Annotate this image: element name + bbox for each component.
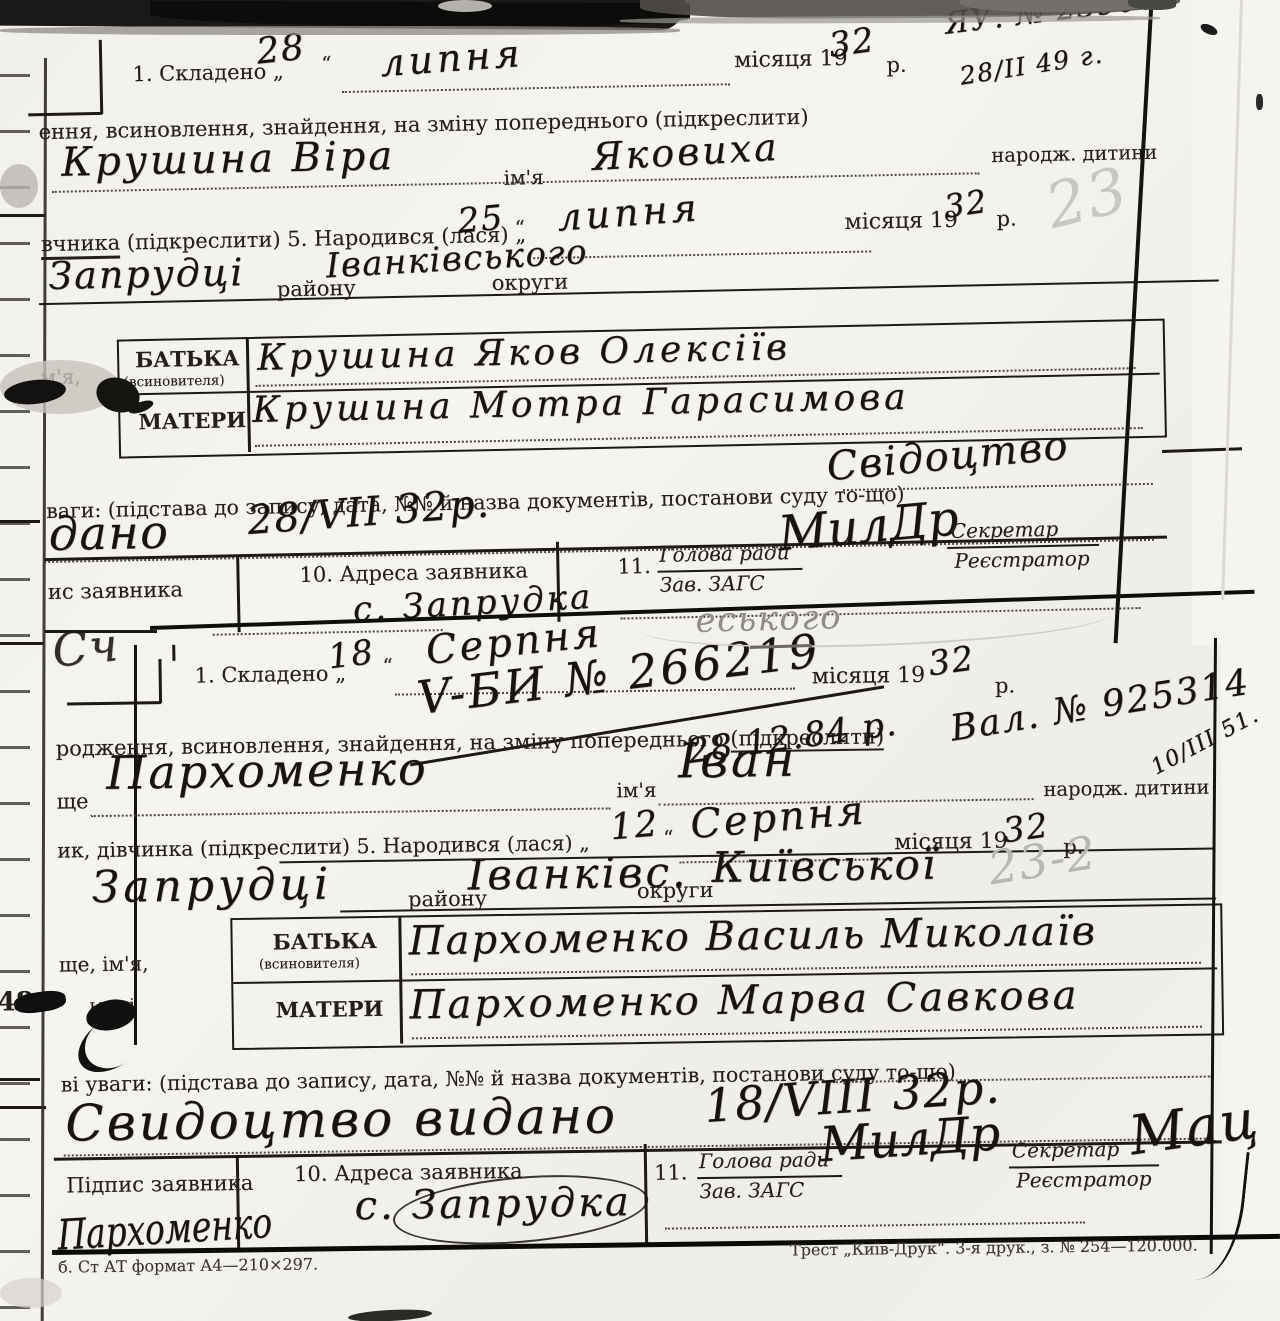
right-ink-tick: [1199, 22, 1219, 38]
left-num-blot: [13, 988, 67, 1015]
print-footer-left: б. Ст АТ формат А4—210×297.: [58, 1256, 318, 1276]
corner-mark-hw: Сч: [50, 621, 121, 674]
archival-note-2-hw: 28/ІІ 49 г.: [958, 41, 1105, 88]
scanned-registry-page: 1. Складено „ 28 “ липня місяця 19 32 р.…: [0, 0, 1280, 1321]
top-left-corner-blot: [26, 0, 72, 24]
form1-bottom-border-left: [45, 630, 157, 633]
torn-top-gap: [438, 0, 492, 12]
pencil-note-1: 23: [1040, 158, 1134, 238]
right-margin-line: [1162, 447, 1242, 453]
right-paper-edge: [1221, 0, 1243, 600]
torn-top-streak: [0, 26, 680, 35]
form1-right-border: [1114, 0, 1154, 643]
big-signature-tail: [1161, 1144, 1249, 1283]
right-ink-dot: [1256, 94, 1263, 110]
pencil-note-2: 23-2: [985, 829, 1100, 892]
print-footer-right: Трест „Київ-Друк“. 3-я друк., з. № 254—1…: [790, 1238, 1198, 1260]
overlay-layer: ЯУ. № 239008 28/ІІ 49 г. 23 23-2 Вал. № …: [0, 0, 1280, 1321]
bottom-smudge: [348, 1308, 432, 1321]
